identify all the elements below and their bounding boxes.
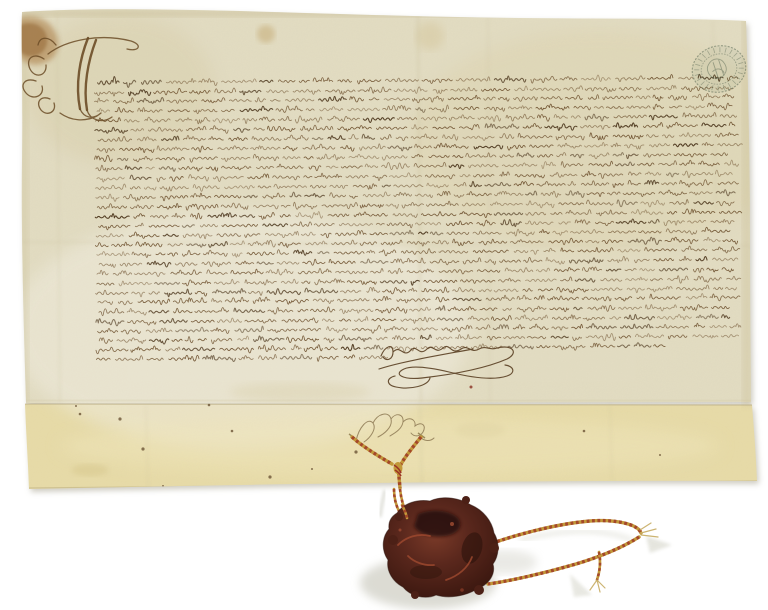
seal-glint <box>399 529 402 532</box>
fold-shadow <box>25 400 752 401</box>
fly-speck <box>118 417 121 420</box>
fold-line <box>25 404 752 405</box>
fly-speck <box>583 430 586 433</box>
fly-speck <box>208 404 211 407</box>
small-stain <box>257 25 275 43</box>
seal-glint <box>450 522 454 526</box>
wax-seal: dark red-brown wax seal blob <box>383 496 499 599</box>
charter-photo-svg: Photograph of a medieval parchment chart… <box>0 0 768 610</box>
fly-speck <box>311 468 313 470</box>
fly-speck <box>268 475 271 478</box>
seal-dark-patch-3 <box>410 565 442 579</box>
fly-speck <box>79 413 82 416</box>
faint-stain <box>416 22 444 50</box>
fly-speck <box>659 454 661 456</box>
plica-stain-2 <box>455 422 505 438</box>
fly-speck <box>231 430 234 433</box>
fly-speck <box>141 447 144 450</box>
wax-droplet-speck <box>470 386 473 389</box>
plica-stain <box>72 464 108 476</box>
fly-speck <box>354 450 357 453</box>
fly-speck <box>75 405 77 407</box>
charter-photograph: Photograph of a medieval parchment chart… <box>0 0 768 610</box>
seal-glint <box>460 588 464 592</box>
